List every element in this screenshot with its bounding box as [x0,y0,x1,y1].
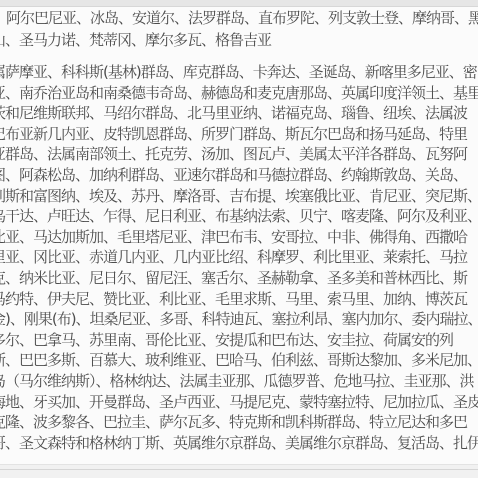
territories-countries-paragraph: 属萨摩亚、科科斯(基林)群岛、库克群岛、卡奔达、圣诞岛、新喀里多尼亚、密亚、南乔… [0,62,478,453]
page: { "page": { "background": "#fbfbfb", "te… [0,0,478,478]
text-line: 巴布亚新几内亚、皮特凯恩群岛、所罗门群岛、斯瓦尔巴岛和扬马延岛、特里 [0,124,478,145]
text-line: 利斯和富图纳、埃及、苏丹、摩洛哥、吉布提、埃塞俄比亚、肯尼亚、突尼斯、 [0,186,478,207]
text-line: 亚群岛、法属南部领土、托克劳、汤加、图瓦卢、美属太平洋各群岛、瓦努阿 [0,144,478,165]
text-line: 亚、南乔治亚岛和南桑德韦奇岛、赫德岛和麦克唐那岛、英属印度洋领土、基里 [0,83,478,104]
divider-line [0,469,478,470]
text-line: 斯、巴巴多斯、百慕大、玻利维亚、巴哈马、伯利兹、哥斯达黎加、多米尼加、 [0,350,478,371]
text-line: 马约特、伊夫尼、赞比亚、利比亚、毛里求斯、马里、索马里、加纳、博茨瓦 [0,289,478,310]
top-edge-bar [0,0,478,7]
text-line: 茨和尼维斯联邦、马绍尔群岛、北马里亚纳、诺福克岛、瑙鲁、纽埃、法属波 [0,103,478,124]
text-line: 克、纳米比亚、尼日尔、留尼汪、塞舌尔、圣赫勒拿、圣多美和普林西比、斯 [0,268,478,289]
bottom-section-divider [0,464,478,478]
text-line: 图、阿森松岛、加纳利群岛、亚速尔群岛和马德拉群岛、约翰斯敦岛、关岛、 [0,165,478,186]
text-line: 岛（马尔维纳斯）、格林纳达、法属圭亚那、瓜德罗普、危地马拉、圭亚那、洪 [0,371,478,392]
text-line: 属萨摩亚、科科斯(基林)群岛、库克群岛、卡奔达、圣诞岛、新喀里多尼亚、密 [0,62,478,83]
text-line: 海地、牙买加、开曼群岛、圣卢西亚、马提尼克、蒙特塞拉特、尼加拉瓜、圣皮 [0,392,478,413]
text-line: 比亚、马达加斯加、毛里塔尼亚、津巴布韦、安哥拉、中非、佛得角、西撒哈 [0,227,478,248]
country-list: 阿尔巴尼亚、冰岛、安道尔、法罗群岛、直布罗陀、列支敦士登、摩纳哥、黑山、圣马力诺… [0,7,478,453]
europe-countries-paragraph: 阿尔巴尼亚、冰岛、安道尔、法罗群岛、直布罗陀、列支敦士登、摩纳哥、黑山、圣马力诺… [0,7,478,51]
text-line: 山、圣马力诺、梵蒂冈、摩尔多瓦、格鲁吉亚 [0,29,478,51]
text-line: 哥、圣文森特和格林纳丁斯、英属维尔京群岛、美属维尔京群岛、复活岛、扎伊 [0,433,478,454]
text-line: 乌干达、卢旺达、乍得、尼日利亚、布基纳法索、贝宁、喀麦隆、阿尔及利亚、 [0,206,478,227]
text-line: 里亚、冈比亚、赤道几内亚、几内亚比绍、科摩罗、利比里亚、莱索托、马拉 [0,247,478,268]
text-line: 金)、刚果(布)、坦桑尼亚、多哥、科特迪瓦、塞拉利昂、塞内加尔、委内瑞拉、 [0,309,478,330]
text-line: 多尔、巴拿马、苏里南、哥伦比亚、安提瓜和巴布达、安圭拉、荷属安的列 [0,330,478,351]
text-line: 阿尔巴尼亚、冰岛、安道尔、法罗群岛、直布罗陀、列支敦士登、摩纳哥、黑 [0,7,478,29]
text-line: 克隆、波多黎各、巴拉圭、萨尔瓦多、特克斯和凯科斯群岛、特立尼达和多巴 [0,412,478,433]
